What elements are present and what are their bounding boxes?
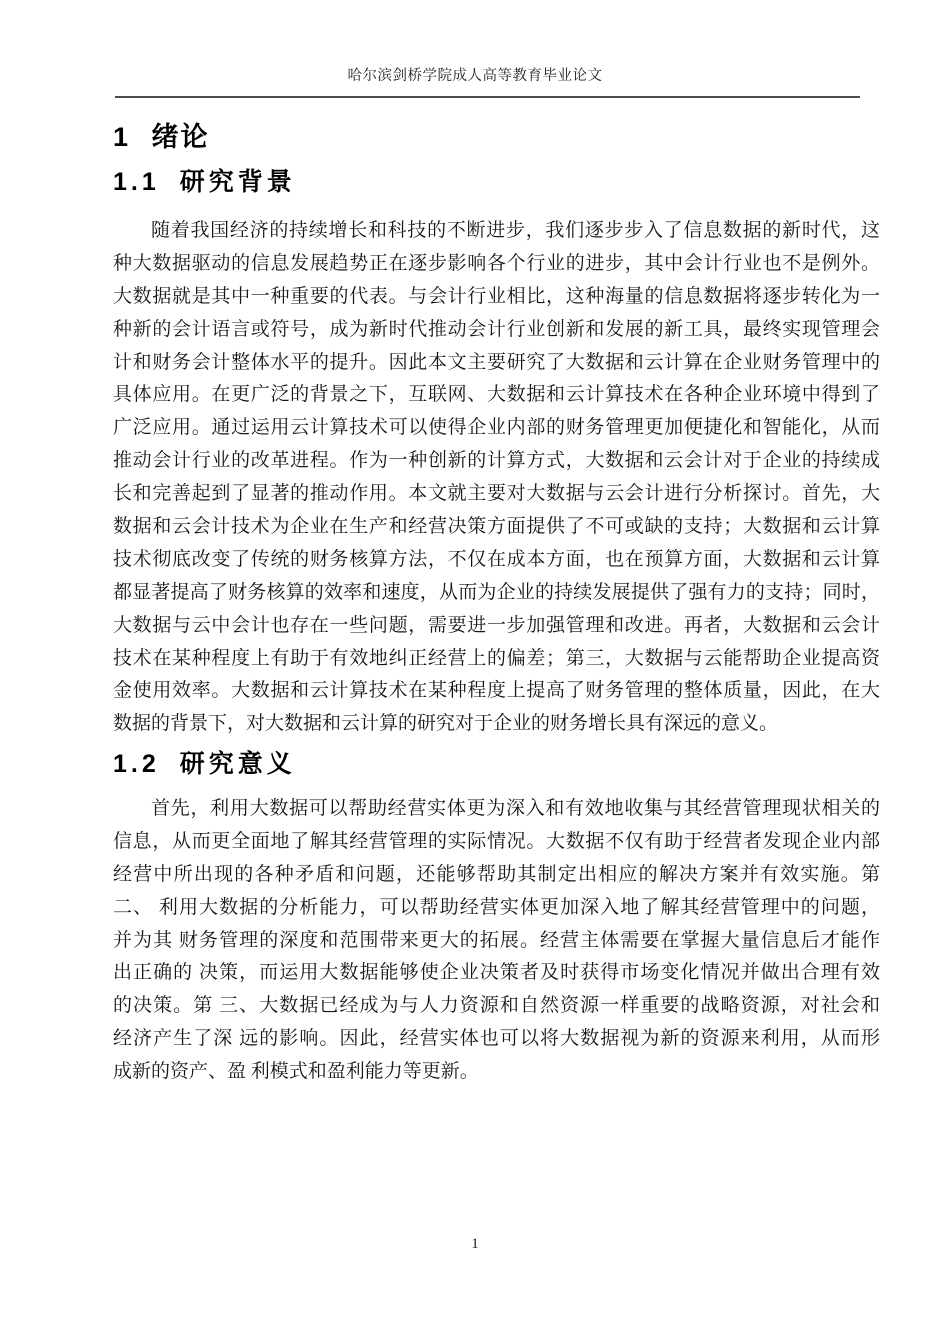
text-line: 首先，利用大数据可以帮助经营实体更为深入和有效地收集与其经营管理现状相关的 xyxy=(113,793,880,826)
text-line: 数据和云会计技术为企业在生产和经营决策方面提供了不可或缺的支持；大数据和云计算 xyxy=(113,511,880,544)
header-divider-rule xyxy=(115,96,860,98)
document-page: 哈尔滨剑桥学院成人高等教育毕业论文 1 绪论 1.1 研究背景 随着我国经济的持… xyxy=(0,0,950,1344)
paragraph-research-background: 随着我国经济的持续增长和科技的不断进步，我们逐步步入了信息数据的新时代，这 种大… xyxy=(113,215,880,741)
text-line: 种大数据驱动的信息发展趋势正在逐步影响各个行业的进步，其中会计行业也不是例外。 xyxy=(113,248,880,281)
text-line: 推动会计行业的改革进程。作为一种创新的计算方式，大数据和云会计对于企业的持续成 xyxy=(113,445,880,478)
text-line: 具体应用。在更广泛的背景之下，互联网、大数据和云计算技术在各种企业环境中得到了 xyxy=(113,379,880,412)
text-line: 都显著提高了财务核算的效率和速度，从而为企业的持续发展提供了强有力的支持；同时， xyxy=(113,577,880,610)
text-line: 大数据就是其中一种重要的代表。与会计行业相比，这种海量的信息数据将逐步转化为一 xyxy=(113,281,880,314)
text-line: 种新的会计语言或符号，成为新时代推动会计行业创新和发展的新工具，最终实现管理会 xyxy=(113,314,880,347)
text-line: 的决策。第 三、大数据已经成为与人力资源和自然资源一样重要的战略资源，对社会和 xyxy=(113,990,880,1023)
section-heading-research-background: 1.1 研究背景 xyxy=(113,167,296,197)
paragraph-research-significance: 首先，利用大数据可以帮助经营实体更为深入和有效地收集与其经营管理现状相关的 信息… xyxy=(113,793,880,1089)
text-line: 金使用效率。大数据和云计算技术在某种程度上提高了财务管理的整体质量，因此，在大 xyxy=(113,675,880,708)
text-line: 数据的背景下，对大数据和云计算的研究对于企业的财务增长具有深远的意义。 xyxy=(113,708,880,741)
section-heading-research-significance: 1.2 研究意义 xyxy=(113,749,296,779)
text-line: 经济产生了深 远的影响。因此，经营实体也可以将大数据视为新的资源来利用，从而形 xyxy=(113,1023,880,1056)
text-line: 长和完善起到了显著的推动作用。本文就主要对大数据与云会计进行分析探讨。首先，大 xyxy=(113,478,880,511)
text-line: 信息，从而更全面地了解其经营管理的实际情况。大数据不仅有助于经营者发现企业内部 xyxy=(113,826,880,859)
page-header-title: 哈尔滨剑桥学院成人高等教育毕业论文 xyxy=(0,64,950,85)
text-line: 成新的资产、盈 利模式和盈利能力等更新。 xyxy=(113,1056,880,1089)
text-line: 随着我国经济的持续增长和科技的不断进步，我们逐步步入了信息数据的新时代，这 xyxy=(113,215,880,248)
page-number: 1 xyxy=(0,1236,950,1253)
text-line: 技术在某种程度上有助于有效地纠正经营上的偏差；第三，大数据与云能帮助企业提高资 xyxy=(113,643,880,676)
text-line: 经营中所出现的各种矛盾和问题，还能够帮助其制定出相应的解决方案并有效实施。第 xyxy=(113,859,880,892)
text-line: 出正确的 决策，而运用大数据能够使企业决策者及时获得市场变化情况并做出合理有效 xyxy=(113,957,880,990)
text-line: 大数据与云中会计也存在一些问题，需要进一步加强管理和改进。再者，大数据和云会计 xyxy=(113,610,880,643)
text-line: 广泛应用。通过运用云计算技术可以使得企业内部的财务管理更加便捷化和智能化，从而 xyxy=(113,412,880,445)
text-line: 二、 利用大数据的分析能力，可以帮助经营实体更加深入地了解其经营管理中的问题， xyxy=(113,892,880,925)
text-line: 并为其 财务管理的深度和范围带来更大的拓展。经营主体需要在掌握大量信息后才能作 xyxy=(113,925,880,958)
text-line: 技术彻底改变了传统的财务核算方法，不仅在成本方面，也在预算方面，大数据和云计算 xyxy=(113,544,880,577)
text-line: 计和财务会计整体水平的提升。因此本文主要研究了大数据和云计算在企业财务管理中的 xyxy=(113,347,880,380)
chapter-heading: 1 绪论 xyxy=(113,121,210,153)
